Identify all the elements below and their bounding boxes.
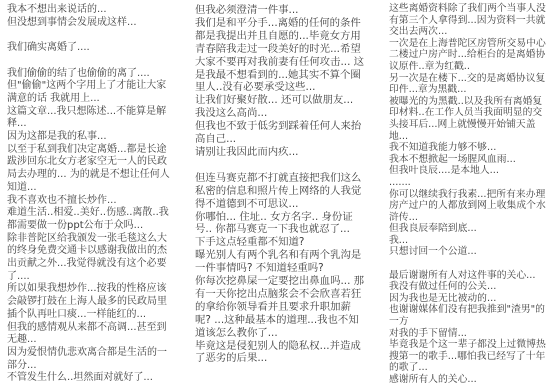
- statement-column-right: 这些离婚资料除了我们两个当事人没 有第三个人拿得到...因为资料一共就 交出去两…: [389, 3, 549, 386]
- statement-column-middle: 但我必须澄清一件事... 我们是和平分手...离婚的任何的条件 都是我提出并且自…: [195, 4, 370, 365]
- statement-column-left: 我本不想出来说话的... 但没想到事情会发展成这样... 我们确实离婚了....…: [7, 4, 174, 385]
- statement-page: 我本不想出来说话的... 但没想到事情会发展成这样... 我们确实离婚了....…: [0, 0, 550, 388]
